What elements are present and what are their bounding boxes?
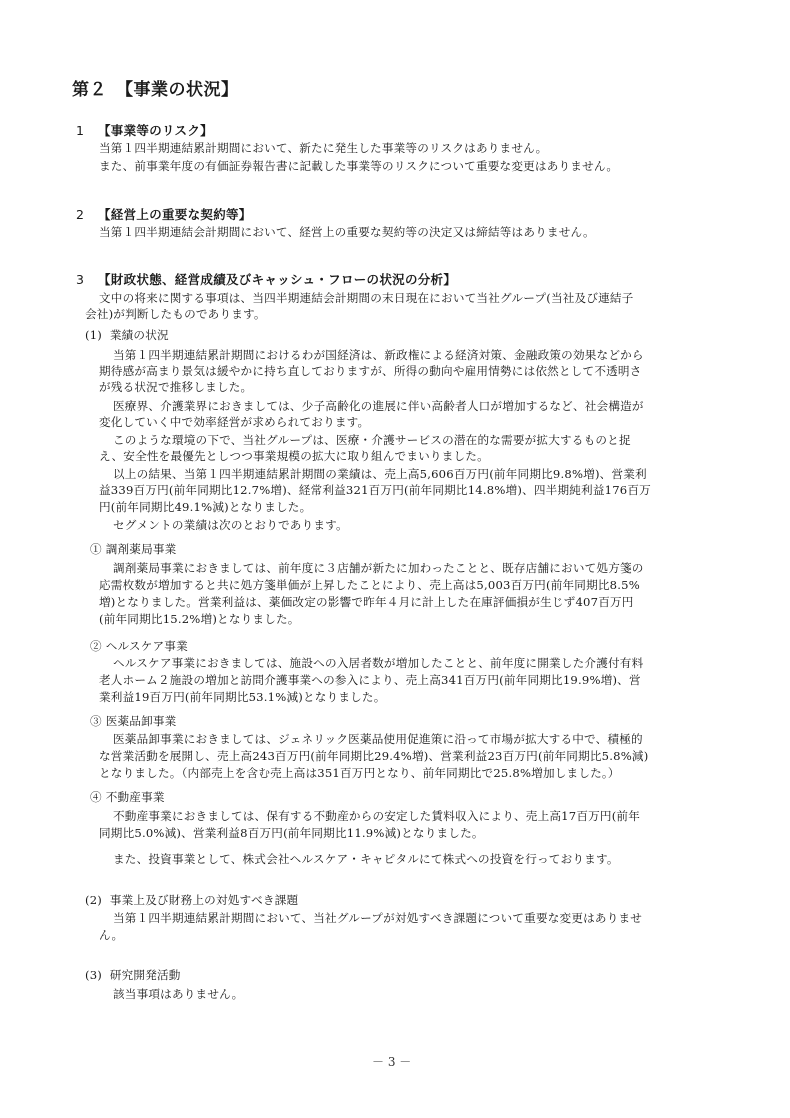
paragraph-line: え、安全性を最優先としつつ事業規模の拡大に取り組んでまいりました。 [99,448,489,464]
paragraph-line: 医療界、介護業界におきましては、少子高齢化の進展に伴い高齢者人口が増加するなど、… [113,398,644,414]
paragraph-line: 会社)が判断したものであります。 [85,306,266,322]
paragraph-line: 以上の結果、当第１四半期連結累計期間の業績は、売上高5,606百万円(前年同期比… [113,466,647,482]
subsection-title: 研究開発活動 [110,968,181,982]
section-3-heading: 3【財政状態、経営成績及びキャッシュ・フローの状況の分析】 [76,270,456,288]
subsection-label: (2) [85,893,102,907]
subsection-label: (3) [85,968,102,982]
paragraph-line: 文中の将来に関する事項は、当四半期連結会計期間の末日現在において当社グループ(当… [99,290,634,306]
document-page: 第２ 【事業の状況】 1【事業等のリスク】 当第１四半期連結累計期間において、新… [0,0,790,1118]
paragraph-line: 変化していく中で効率経営が求められております。 [99,414,369,430]
segment-label: ② [90,639,102,653]
paragraph-line: 当第１四半期連結累計期間において、新たに発生した事業等のリスクはありません。 [99,140,547,156]
paragraph-line: 当第１四半期連結会計期間において、経営上の重要な契約等の決定又は締結等はありませ… [99,224,595,240]
segment-1-heading: ① 調剤薬局事業 [90,541,176,557]
paragraph-line: 円(前年同期比49.1%減)となりました。 [99,499,311,515]
paragraph-line: 業利益19百万円(前年同期比53.1%減)となりました。 [99,689,386,705]
paragraph-line: な営業活動を展開し、売上高243百万円(前年同期比29.4%増)、営業利益23百… [99,748,648,764]
paragraph-line: 該当事項はありません。 [113,986,243,1002]
subsection-2-heading: (2) 事業上及び財務上の対処すべき課題 [85,892,298,908]
section-title: 【経営上の重要な契約等】 [98,207,252,222]
paragraph-line: ヘルスケア事業におきましては、施設への入居者数が増加したことと、前年度に開業した… [113,655,643,671]
paragraph-line: ん。 [99,927,123,943]
paragraph-line: となりました。（内部売上を含む売上高は351百万円となり、前年同期比で25.8%… [99,765,620,781]
paragraph-line: また、前事業年度の有価証券報告書に記載した事業等のリスクについて重要な変更はあり… [99,158,618,174]
paragraph-line: 同期比5.0%減)、営業利益8百万円(前年同期比11.9%減)となりました。 [99,825,484,841]
section-number: 3 [76,272,98,287]
paragraph-line: 応需枚数が増加すると共に処方箋単価が上昇したことにより、売上高は5,003百万円… [99,577,640,593]
subsection-label: (1) [85,328,102,342]
segment-title: 医薬品卸事業 [106,714,177,728]
paragraph-line: 調剤薬局事業におきましては、前年度に３店舗が新たに加わったことと、既存店舗におい… [113,560,644,576]
paragraph-line: 期待感が高まり景気は緩やかに持ち直しておりますが、所得の動向や雇用情勢には依然と… [99,363,642,379]
paragraph-line: セグメントの業績は次のとおりであります。 [113,517,348,533]
paragraph-line: 当第１四半期連結累計期間におけるわが国経済は、新政権による経済対策、金融政策の効… [113,347,644,363]
subsection-1-heading: (1) 業績の状況 [85,327,169,343]
paragraph-line: (前年同期比15.2%増)となりました。 [99,611,300,627]
paragraph-line: 医薬品卸事業におきましては、ジェネリック医薬品使用促進策に沿って市場が拡大する中… [113,731,643,747]
paragraph-line: 益339百万円(前年同期比12.7%増)、経常利益321百万円(前年同期比14.… [99,482,651,498]
paragraph-line: が残る状況で推移しました。 [99,379,252,395]
segment-label: ① [90,542,102,556]
segment-label: ④ [90,790,102,804]
segment-3-heading: ③ 医薬品卸事業 [90,713,176,729]
paragraph-line: 当第１四半期連結累計期間において、当社グループが対処すべき課題について重要な変更… [113,910,642,926]
section-title: 【事業等のリスク】 [98,123,213,138]
segment-2-heading: ② ヘルスケア事業 [90,638,188,654]
section-number: 2 [76,207,98,222]
segment-4-heading: ④ 不動産事業 [90,789,165,805]
segment-label: ③ [90,714,102,728]
section-2-heading: 2【経営上の重要な契約等】 [76,205,252,223]
subsection-3-heading: (3) 研究開発活動 [85,967,181,983]
page-title: 第２ 【事業の状況】 [72,75,239,100]
section-number: 1 [76,123,98,138]
paragraph-line: 老人ホーム２施設の増加と訪問介護事業への参入により、売上高341百万円(前年同期… [99,672,641,688]
segment-title: 不動産事業 [106,790,165,804]
subsection-title: 事業上及び財務上の対処すべき課題 [110,893,298,907]
segment-title: ヘルスケア事業 [106,639,188,653]
segment-title: 調剤薬局事業 [106,542,177,556]
paragraph-line: 増)となりました。営業利益は、薬価改定の影響で昨年４月に計上した在庫評価損が生じ… [99,594,634,610]
paragraph-line: 不動産事業におきましては、保有する不動産からの安定した賃料収入により、売上高17… [113,808,640,824]
subsection-title: 業績の状況 [110,328,169,342]
paragraph-line: このような環境の下で、当社グループは、医療・介護サービスの潜在的な需要が拡大する… [113,432,631,448]
paragraph-line: また、投資事業として、株式会社ヘルスケア・キャピタルにて株式への投資を行っており… [113,851,619,867]
section-title: 【財政状態、経営成績及びキャッシュ・フローの状況の分析】 [98,272,456,287]
section-1-heading: 1【事業等のリスク】 [76,121,213,139]
page-number: － 3 － [372,1053,411,1070]
